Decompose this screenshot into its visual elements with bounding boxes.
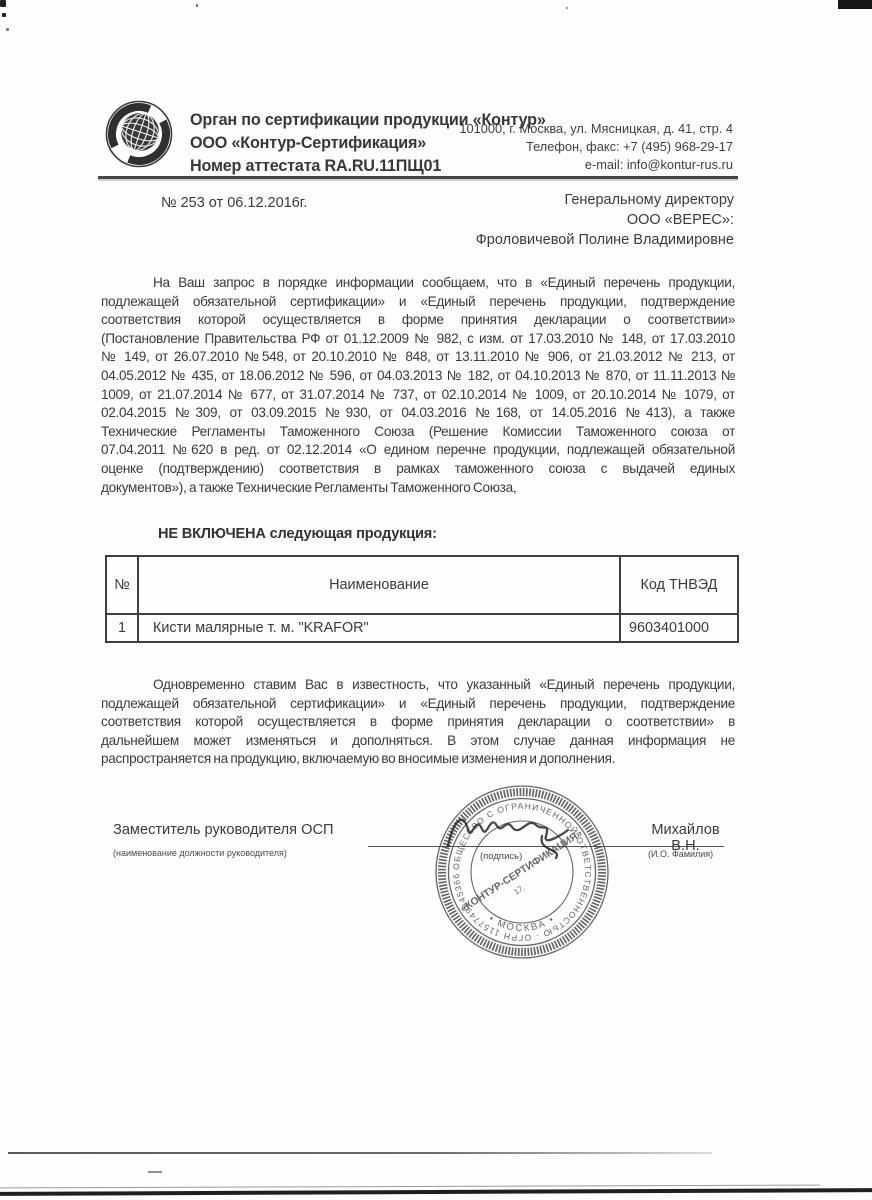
text-line: Фроловичевой Полине Владимировне: [380, 231, 734, 251]
text-line: ООО «ВЕРЕС»:: [380, 211, 734, 231]
text-line: подлежащей обязательной сертификации» и …: [101, 293, 735, 312]
text-line: Телефон, факс: +7 (495) 968-29-17: [400, 138, 733, 156]
text-line: соответствия которой осуществляется в фо…: [101, 713, 735, 732]
text-line: На Ваш запрос в порядке информации сообщ…: [101, 274, 735, 293]
column-header-code: Код ТНВЭД: [620, 556, 738, 614]
products-table: № Наименование Код ТНВЭД 1 Кисти малярны…: [105, 555, 739, 643]
position-caption: (наименование должности руководителя): [113, 848, 287, 858]
not-included-heading: НЕ ВКЛЮЧЕНА следующая продукция:: [158, 526, 437, 542]
cell-row-number: 1: [106, 614, 138, 642]
text-line: 1009, от 21.07.2014 № 677, от 31.07.2014…: [101, 386, 735, 405]
text-line: распространяется на продукцию, включаему…: [101, 750, 735, 769]
column-header-name: Наименование: [138, 556, 620, 614]
scan-speck: [196, 4, 198, 7]
text-line: Технические Регламенты Таможенного Союза…: [101, 423, 735, 442]
text-line: Одновременно ставим Вас в известность, ч…: [101, 676, 735, 695]
letter-reference-number: № 253 от 06.12.2016г.: [161, 195, 307, 211]
column-header-number: №: [106, 556, 138, 614]
body-paragraph-2: Одновременно ставим Вас в известность, ч…: [101, 676, 735, 769]
text-line: 02.04.2015 №309, от 03.09.2015 №930, от …: [101, 404, 735, 423]
text-line: 04.05.2012 № 435, от 18.06.2012 № 596, о…: [101, 367, 735, 386]
text-line: документов»), а также Технические Реглам…: [101, 479, 735, 498]
header-divider: [98, 176, 738, 179]
addressee-block: Генеральному директоруООО «ВЕРЕС»:Фролов…: [380, 191, 734, 250]
cell-tnved-code: 9603401000: [620, 614, 738, 642]
table-row: 1 Кисти малярные т. м. "KRAFOR" 96034010…: [106, 614, 738, 642]
text-line: e-mail: info@kontur-rus.ru: [400, 156, 733, 174]
text-line: подлежащей обязательной сертификации» и …: [101, 695, 735, 714]
contact-info-block: 101000, г. Москва, ул. Мясницкая, д. 41,…: [400, 120, 733, 174]
text-line: оценке (подтверждению) соответствия в ра…: [101, 460, 735, 479]
text-line: 07.04.2011 №620 в ред. от 02.12.2014 «О …: [101, 441, 735, 460]
text-line: (Постановление Правительства РФ от 01.12…: [101, 330, 735, 349]
table-header-row: № Наименование Код ТНВЭД: [106, 556, 738, 614]
scan-artifact-dash: [148, 1171, 162, 1173]
signature-ink-icon: [438, 798, 598, 868]
scan-speck: [2, 13, 6, 17]
text-line: Генеральному директору: [380, 191, 734, 211]
scan-artifact-top-right: [838, 0, 872, 9]
kontur-globe-logo: [104, 99, 174, 169]
cell-product-name: Кисти малярные т. м. "KRAFOR": [138, 614, 620, 642]
scan-artifact-faint-line: [8, 1152, 712, 1154]
text-line: дальнейшем может изменяться и дополнятьс…: [101, 732, 735, 751]
scan-artifact-bottom-line: [0, 1188, 872, 1196]
scan-speck: [0, 0, 6, 7]
globe-logo-icon: [104, 99, 174, 169]
body-paragraph-1: На Ваш запрос в порядке информации сообщ…: [101, 274, 735, 497]
stamp-center-subtext: 17.: [512, 883, 526, 897]
scan-speck: [566, 7, 568, 9]
scan-speck: [6, 28, 9, 31]
signer-position-title: Заместитель руководителя ОСП: [113, 822, 334, 838]
signer-name-caption: (И.О. Фамилия): [648, 849, 713, 859]
scanned-letter-page: { "header": { "org_lines": [ "Орган по с…: [0, 0, 872, 1200]
handwritten-signature: [438, 798, 598, 868]
text-line: соответствия которой осуществляется в фо…: [101, 311, 735, 330]
text-line: № 149, от 26.07.2010 №548, от 20.10.2010…: [101, 348, 735, 367]
scan-artifact-bottom-thin-line: [0, 1185, 820, 1189]
text-line: 101000, г. Москва, ул. Мясницкая, д. 41,…: [400, 120, 733, 138]
